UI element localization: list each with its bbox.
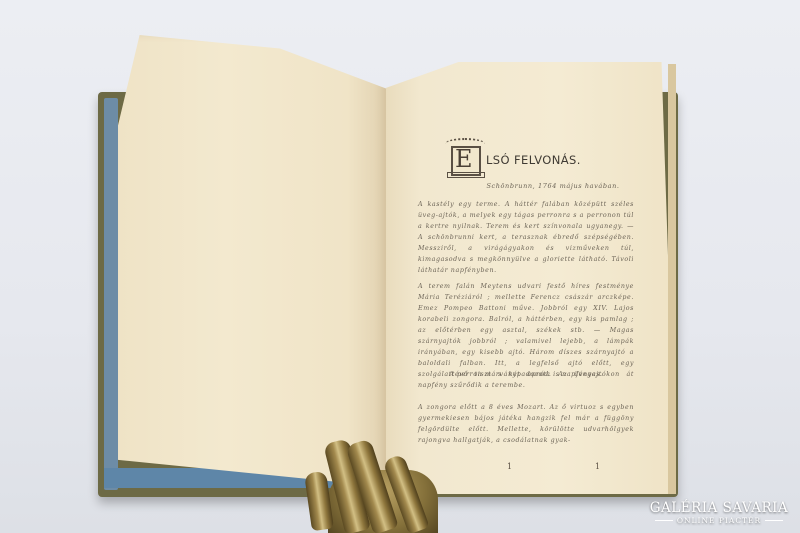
paragraph-text: A zongora előtt a 8 éves Mozart. Az ő vi…: [418, 402, 634, 446]
page-number: 1: [595, 462, 600, 471]
paragraph-1: A kastély egy terme. A háttér falában kö…: [418, 199, 634, 276]
chapter-title: LSÓ FELVONÁS.: [486, 153, 581, 167]
watermark-rule-right: [765, 520, 783, 521]
paragraph-text: A perron márványpadozata is napfényes.: [418, 369, 634, 380]
right-page-edges: [668, 64, 676, 494]
left-page: [118, 35, 388, 487]
page-number-signature: 1: [507, 462, 512, 471]
paragraph-3: A perron márványpadozata is napfényes.: [418, 369, 634, 380]
paragraph-text: A kastély egy terme. A háttér falában kö…: [418, 199, 634, 276]
cover-lining-spine: [104, 98, 118, 490]
ornamental-initial: E: [445, 138, 485, 178]
initial-pedestal: [447, 172, 485, 178]
paragraph-4: A zongora előtt a 8 éves Mozart. Az ő vi…: [418, 402, 634, 446]
initial-letter: E: [455, 145, 473, 173]
chapter-subtitle: Schönbrunn, 1764 május havában.: [448, 181, 658, 192]
watermark-title: GALÉRIA SAVARIA: [646, 500, 792, 516]
